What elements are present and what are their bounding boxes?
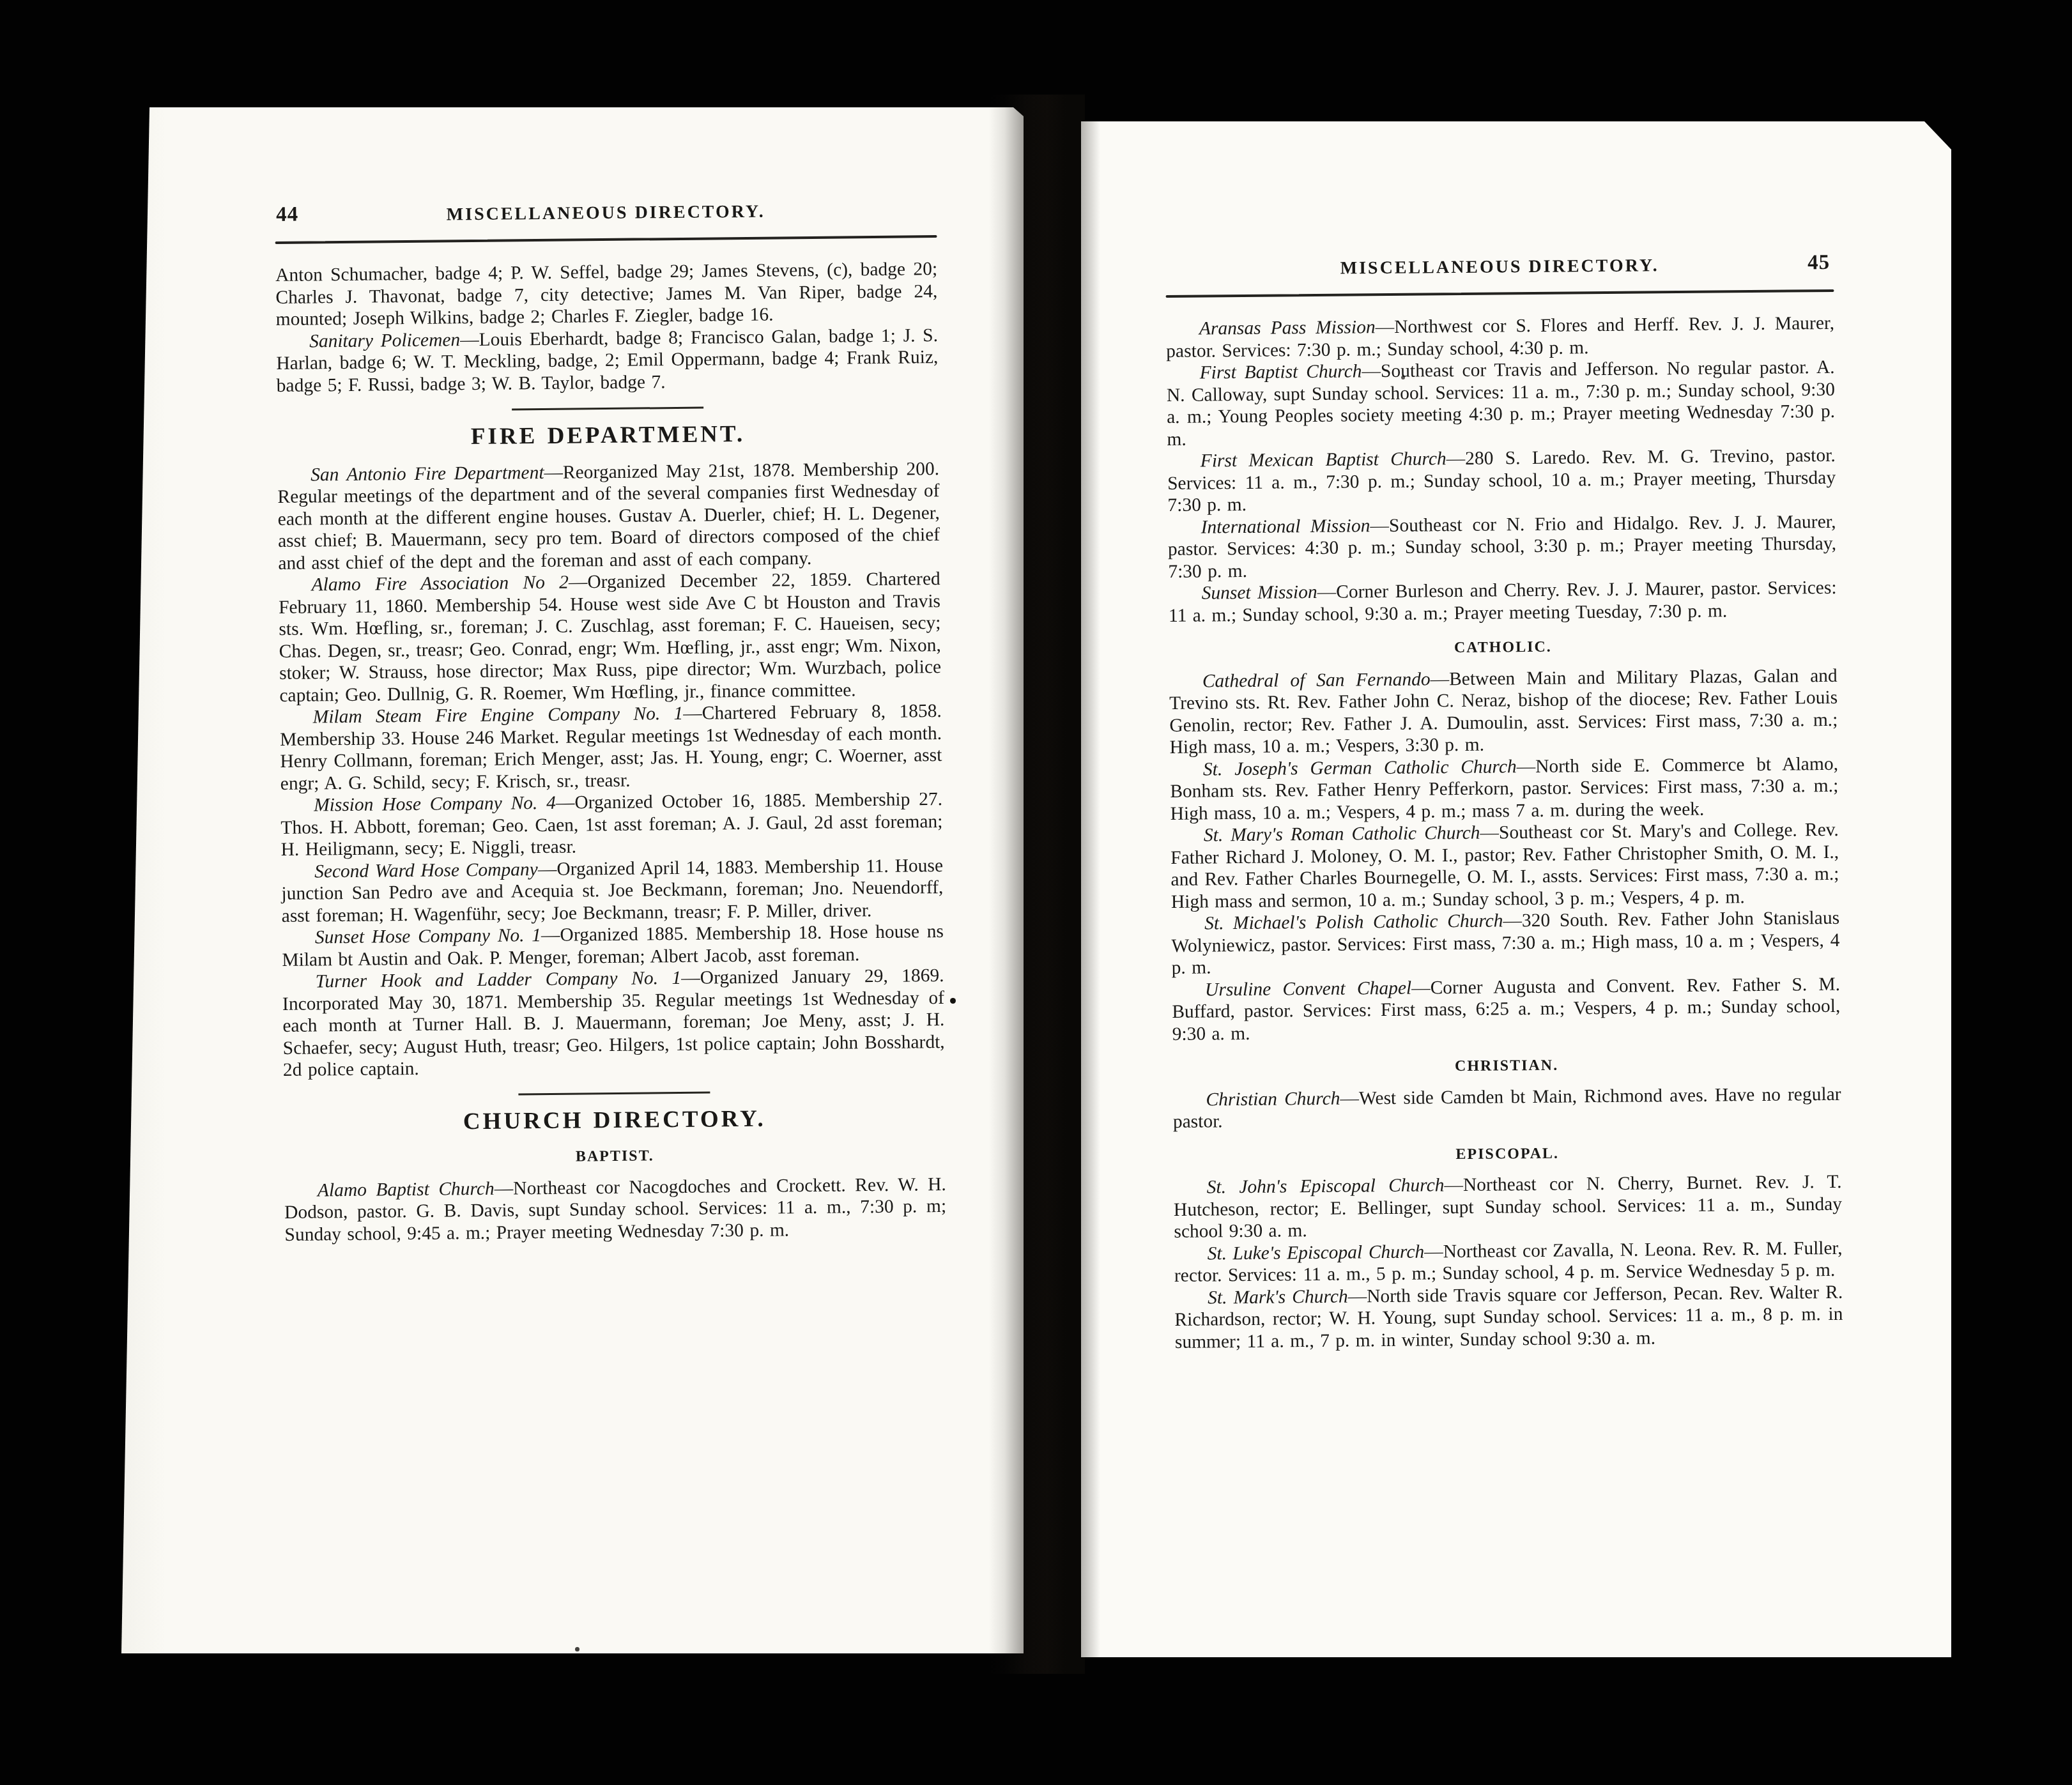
page-44-body: Anton Schumacher, badge 4; P. W. Seffel,…: [275, 258, 947, 1246]
directory-entry: Alamo Fire Association No 2—Organized De…: [279, 568, 942, 707]
entry-text: Anton Schumacher, badge 4; P. W. Seffel,…: [275, 259, 938, 330]
section-divider: [512, 407, 703, 411]
directory-entry: International Mission—Southeast cor N. F…: [1168, 510, 1837, 583]
directory-entry: Mission Hose Company No. 4—Organized Oct…: [280, 788, 943, 861]
scanned-page-right: 45 MISCELLANEOUS DIRECTORY. Aransas Pass…: [1081, 121, 1951, 1657]
directory-entry: First Mexican Baptist Church—280 S. Lare…: [1167, 445, 1836, 517]
entry-name: Christian Church: [1206, 1088, 1340, 1110]
scanned-page-left: 44 MISCELLANEOUS DIRECTORY. Anton Schuma…: [121, 107, 1024, 1653]
directory-entry: St. Mark's Church—North side Travis squa…: [1174, 1281, 1843, 1353]
directory-entry: St. John's Episcopal Church—Northeast co…: [1174, 1171, 1843, 1243]
entry-name: Second Ward Hose Company: [314, 859, 538, 882]
directory-entry: St. Michael's Polish Catholic Church—320…: [1171, 907, 1840, 979]
directory-entry: Cathedral of San Fernando—Between Main a…: [1169, 664, 1838, 758]
page-number: 44: [276, 203, 298, 227]
directory-entry: Anton Schumacher, badge 4; P. W. Seffel,…: [275, 258, 938, 330]
entry-name: St. Michael's Polish Catholic Church: [1204, 910, 1503, 933]
entry-name: Sanitary Policemen: [309, 330, 460, 351]
church-directory-heading: CHURCH DIRECTORY.: [284, 1106, 946, 1134]
directory-entry: First Baptist Church—Southeast cor Travi…: [1166, 356, 1835, 450]
running-header: 44 MISCELLANEOUS DIRECTORY.: [275, 197, 937, 233]
page-44-content: 44 MISCELLANEOUS DIRECTORY. Anton Schuma…: [275, 197, 947, 1246]
entry-name: Cathedral of San Fernando: [1202, 669, 1431, 691]
directory-entry: San Antonio Fire Department—Reorganized …: [277, 458, 940, 574]
running-header-title: MISCELLANEOUS DIRECTORY.: [275, 197, 937, 227]
entry-name: Milam Steam Fire Engine Company No. 1: [313, 703, 684, 728]
entry-name: St. Mary's Roman Catholic Church: [1204, 823, 1480, 846]
directory-entry: Milam Steam Fire Engine Company No. 1—Ch…: [280, 700, 942, 795]
header-rule: [1166, 289, 1834, 298]
entry-name: St. Mark's Church: [1208, 1286, 1348, 1308]
entry-name: San Antonio Fire Department: [311, 462, 544, 485]
scan-speck: [950, 998, 956, 1004]
catholic-subheading: CATHOLIC.: [1169, 634, 1837, 662]
directory-entry: St. Mary's Roman Catholic Church—Southea…: [1170, 819, 1839, 913]
christian-subheading: CHRISTIAN.: [1172, 1052, 1841, 1080]
entry-name: St. Joseph's German Catholic Church: [1203, 756, 1517, 779]
entry-name: Sunset Hose Company No. 1: [315, 925, 541, 947]
directory-entry: Alamo Baptist Church—Northeast cor Nacog…: [284, 1173, 947, 1245]
entry-name: International Mission: [1201, 516, 1370, 537]
scan-speck: [1401, 376, 1405, 379]
entry-name: Aransas Pass Mission: [1199, 317, 1376, 339]
directory-entry: St. Joseph's German Catholic Church—Nort…: [1170, 753, 1839, 825]
scan-speck: [575, 1647, 579, 1651]
directory-entry: Ursuline Convent Chapel—Corner Augusta a…: [1172, 973, 1841, 1045]
entry-name: St. Luke's Episcopal Church: [1207, 1241, 1424, 1264]
entry-name: First Mexican Baptist Church: [1201, 448, 1447, 471]
fire-department-heading: FIRE DEPARTMENT.: [277, 422, 939, 450]
directory-entry: Sunset Hose Company No. 1—Organized 1885…: [282, 921, 944, 971]
page-45-content: 45 MISCELLANEOUS DIRECTORY. Aransas Pass…: [1165, 251, 1843, 1353]
directory-entry: Turner Hook and Ladder Company No. 1—Org…: [282, 965, 946, 1081]
book-spine-shadow: [989, 95, 1085, 1674]
page-number: 45: [1807, 251, 1830, 275]
section-divider: [518, 1091, 710, 1095]
directory-entry: St. Luke's Episcopal Church—Northeast co…: [1174, 1237, 1843, 1287]
entry-name: Sunset Mission: [1201, 582, 1317, 604]
entry-name: First Baptist Church: [1199, 361, 1362, 383]
running-header: 45 MISCELLANEOUS DIRECTORY.: [1165, 251, 1834, 286]
header-rule: [275, 235, 937, 244]
directory-entry: Sanitary Policemen—Louis Eberhardt, badg…: [276, 325, 939, 397]
entry-name: Turner Hook and Ladder Company No. 1: [316, 968, 682, 992]
running-header-title: MISCELLANEOUS DIRECTORY.: [1165, 251, 1834, 280]
entry-name: Alamo Baptist Church: [318, 1178, 495, 1200]
directory-entry: Sunset Mission—Corner Burleson and Cherr…: [1168, 577, 1837, 627]
entry-name: Ursuline Convent Chapel: [1205, 977, 1411, 1000]
page-45-body: Aransas Pass Mission—Northwest cor S. Fl…: [1166, 312, 1843, 1353]
episcopal-subheading: EPISCOPAL.: [1173, 1140, 1841, 1168]
directory-entry: Aransas Pass Mission—Northwest cor S. Fl…: [1166, 312, 1835, 362]
entry-name: Alamo Fire Association No 2: [312, 572, 569, 595]
directory-entry: Second Ward Hose Company—Organized April…: [281, 855, 944, 927]
entry-name: St. John's Episcopal Church: [1207, 1175, 1445, 1197]
entry-name: Mission Hose Company No. 4: [314, 793, 556, 816]
directory-entry: Christian Church—West side Camden bt Mai…: [1172, 1083, 1841, 1133]
baptist-subheading: BAPTIST.: [284, 1142, 946, 1170]
